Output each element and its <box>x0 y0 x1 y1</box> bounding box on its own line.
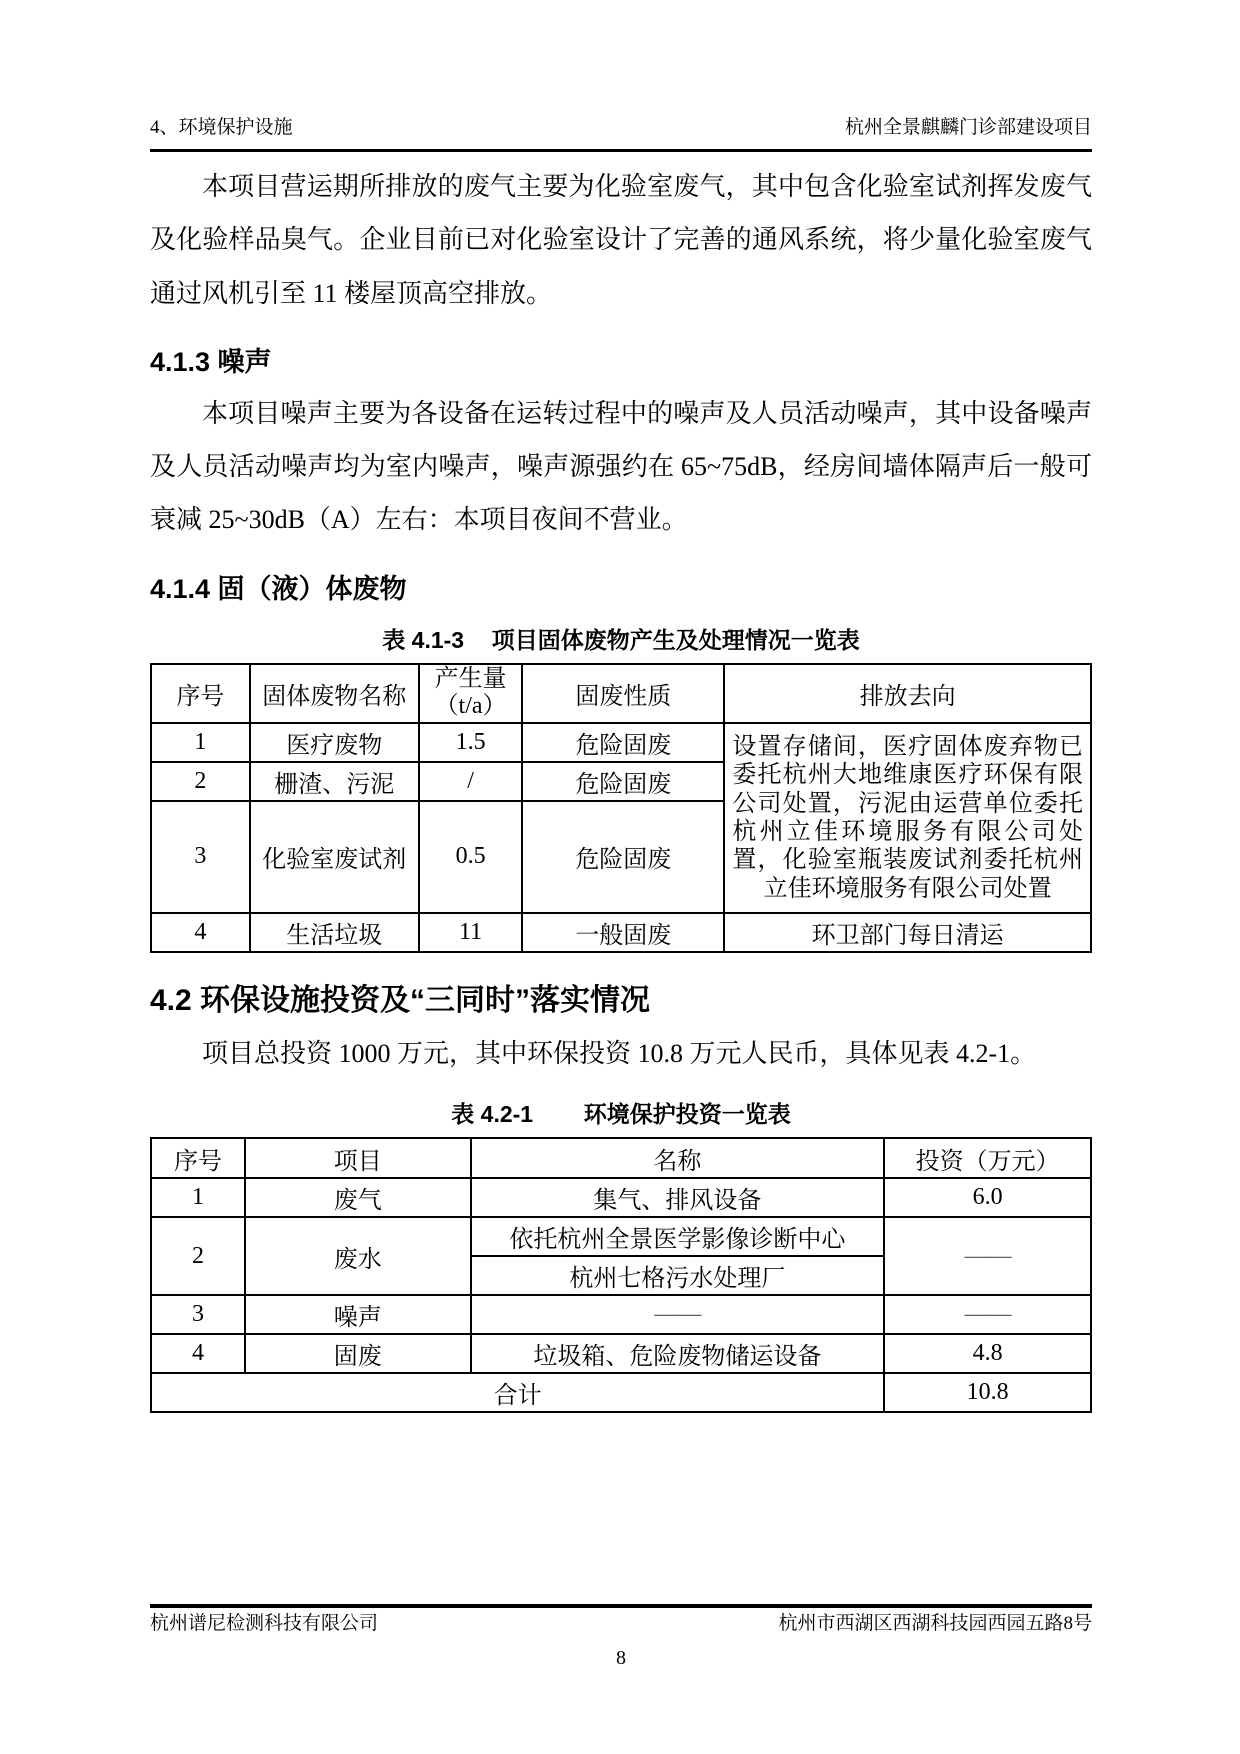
cell-total-label: 合计 <box>151 1373 884 1412</box>
cell-nature: 危险固废 <box>522 762 724 801</box>
cell-index: 4 <box>151 1334 245 1373</box>
cell-name: 垃圾箱、危险废物储运设备 <box>471 1334 885 1373</box>
investment-table: 序号 项目 名称 投资（万元） 1 废气 集气、排风设备 6.0 2 废水 依托… <box>150 1137 1092 1413</box>
col-header-item: 项目 <box>245 1138 471 1178</box>
cell-name: 集气、排风设备 <box>471 1178 885 1217</box>
table1-caption-title: 项目固体废物产生及处理情况一览表 <box>492 627 860 653</box>
table-row: 4 生活垃圾 11 一般固废 环卫部门每日清运 <box>151 913 1091 952</box>
cell-waste-name: 化验室废试剂 <box>250 801 419 913</box>
footer-rule <box>150 1604 1092 1608</box>
cell-destination: 环卫部门每日清运 <box>724 913 1091 952</box>
col-header-destination: 排放去向 <box>724 664 1091 723</box>
cell-index: 3 <box>151 801 250 913</box>
cell-amount: 0.5 <box>419 801 522 913</box>
solid-waste-table-header-row: 序号 固体废物名称 产生量 （t/a） 固废性质 排放去向 <box>151 664 1091 723</box>
table-row: 4 固废 垃圾箱、危险废物储运设备 4.8 <box>151 1334 1091 1373</box>
paragraph-investment: 项目总投资 1000 万元，其中环保投资 10.8 万元人民币，具体见表 4.2… <box>150 1027 1092 1080</box>
heading-4-1-4-solid-waste: 4.1.4 固（液）体废物 <box>150 567 1092 606</box>
cell-nature: 危险固废 <box>522 723 724 762</box>
footer-text-row: 杭州谱尼检测科技有限公司 杭州市西湖区西湖科技园西园五路8号 <box>150 1610 1092 1639</box>
col-header-index: 序号 <box>151 1138 245 1178</box>
cell-waste-name: 栅渣、污泥 <box>250 762 419 801</box>
col-header-waste-name: 固体废物名称 <box>250 664 419 723</box>
page-number: 8 <box>150 1647 1092 1670</box>
cell-item: 废水 <box>245 1217 471 1295</box>
paragraph-exhaust-gas: 本项目营运期所排放的废气主要为化验室废气，其中包含化验室试剂挥发废气及化验样品臭… <box>150 160 1092 320</box>
header-project-title: 杭州全景麒麟门诊部建设项目 <box>845 112 1092 139</box>
cell-name: 依托杭州全景医学影像诊断中心 <box>471 1217 885 1256</box>
cell-destination-merged: 设置存储间，医疗固体废弃物已委托杭州大地维康医疗环保有限公司处置，污泥由运营单位… <box>724 723 1091 913</box>
footer-address: 杭州市西湖区西湖科技园西园五路8号 <box>778 1610 1092 1639</box>
solid-waste-table: 序号 固体废物名称 产生量 （t/a） 固废性质 排放去向 1 医疗废物 1.5… <box>150 663 1092 953</box>
table-row: 1 废气 集气、排风设备 6.0 <box>151 1178 1091 1217</box>
cell-index: 4 <box>151 913 250 952</box>
table2-caption: 表 4.2-1环境保护投资一览表 <box>150 1096 1092 1129</box>
cell-name: —— <box>471 1295 885 1334</box>
table1-caption: 表 4.1-3项目固体废物产生及处理情况一览表 <box>150 622 1092 655</box>
cell-index: 1 <box>151 723 250 762</box>
heading-4-2-investment: 4.2 环保设施投资及“三同时”落实情况 <box>150 975 1092 1019</box>
cell-item: 固废 <box>245 1334 471 1373</box>
cell-waste-name: 生活垃圾 <box>250 913 419 952</box>
table1-caption-label: 表 4.1-3 <box>382 627 464 653</box>
table2-caption-title: 环境保护投资一览表 <box>584 1101 791 1127</box>
cell-amount: / <box>419 762 522 801</box>
table-row: 2 废水 依托杭州全景医学影像诊断中心 —— <box>151 1217 1091 1256</box>
header-rule <box>150 149 1092 152</box>
cell-investment: 4.8 <box>884 1334 1091 1373</box>
table-row: 3 噪声 —— —— <box>151 1295 1091 1334</box>
cell-index: 2 <box>151 762 250 801</box>
cell-total-value: 10.8 <box>884 1373 1091 1412</box>
document-page: 4、环境保护设施 杭州全景麒麟门诊部建设项目 本项目营运期所排放的废气主要为化验… <box>0 0 1240 1754</box>
col-header-index: 序号 <box>151 664 250 723</box>
col-header-investment: 投资（万元） <box>884 1138 1091 1178</box>
cell-nature: 危险固废 <box>522 801 724 913</box>
col-header-nature: 固废性质 <box>522 664 724 723</box>
page-footer: 杭州谱尼检测科技有限公司 杭州市西湖区西湖科技园西园五路8号 8 <box>150 1604 1092 1670</box>
cell-amount: 11 <box>419 913 522 952</box>
cell-investment: —— <box>884 1295 1091 1334</box>
heading-4-1-3-noise: 4.1.3 噪声 <box>150 340 1092 379</box>
cell-name: 杭州七格污水处理厂 <box>471 1256 885 1295</box>
table2-caption-label: 表 4.2-1 <box>451 1101 533 1127</box>
cell-index: 3 <box>151 1295 245 1334</box>
cell-amount: 1.5 <box>419 723 522 762</box>
cell-waste-name: 医疗废物 <box>250 723 419 762</box>
investment-table-header-row: 序号 项目 名称 投资（万元） <box>151 1138 1091 1178</box>
cell-nature: 一般固废 <box>522 913 724 952</box>
cell-item: 废气 <box>245 1178 471 1217</box>
paragraph-noise: 本项目噪声主要为各设备在运转过程中的噪声及人员活动噪声，其中设备噪声及人员活动噪… <box>150 387 1092 547</box>
table-row: 1 医疗废物 1.5 危险固废 设置存储间，医疗固体废弃物已委托杭州大地维康医疗… <box>151 723 1091 762</box>
cell-index: 2 <box>151 1217 245 1295</box>
header-chapter-title: 4、环境保护设施 <box>150 112 293 139</box>
cell-investment: —— <box>884 1217 1091 1295</box>
footer-company: 杭州谱尼检测科技有限公司 <box>150 1610 378 1639</box>
col-header-name: 名称 <box>471 1138 885 1178</box>
cell-index: 1 <box>151 1178 245 1217</box>
cell-investment: 6.0 <box>884 1178 1091 1217</box>
col-header-amount-line1: 产生量 <box>424 666 517 694</box>
col-header-amount: 产生量 （t/a） <box>419 664 522 723</box>
col-header-amount-line2: （t/a） <box>424 693 517 721</box>
cell-item: 噪声 <box>245 1295 471 1334</box>
table-total-row: 合计 10.8 <box>151 1373 1091 1412</box>
page-header: 4、环境保护设施 杭州全景麒麟门诊部建设项目 <box>150 112 1092 149</box>
